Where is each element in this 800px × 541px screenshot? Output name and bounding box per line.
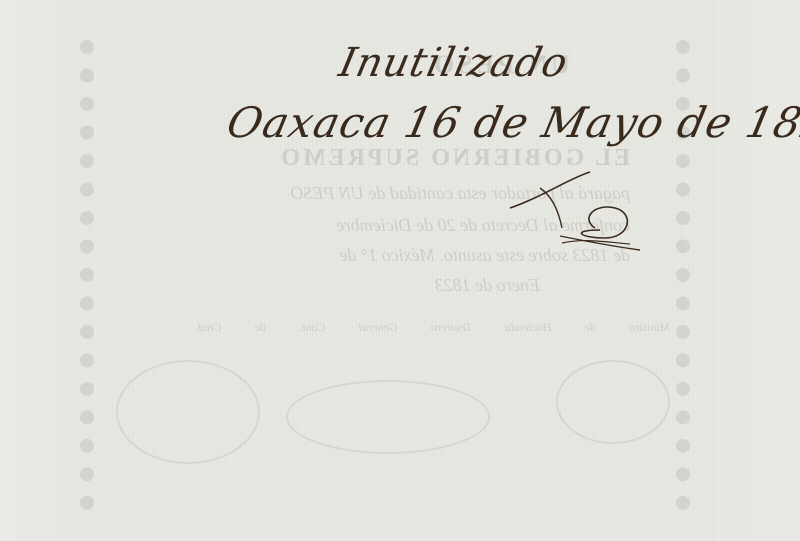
bleed-signatures-line: Ministro de Hacienda Tesorero General Co… xyxy=(195,320,670,335)
seal-left xyxy=(556,360,670,444)
handwritten-title: Inutilizado xyxy=(335,40,572,86)
seal-right xyxy=(116,360,260,464)
seal-center xyxy=(286,380,490,454)
handwritten-place-date: Oaxaca 16 de Mayo de 1825 xyxy=(223,98,800,147)
bleed-line-6: Enero de 1823 xyxy=(435,275,540,296)
signature-rubric-icon xyxy=(500,168,660,258)
